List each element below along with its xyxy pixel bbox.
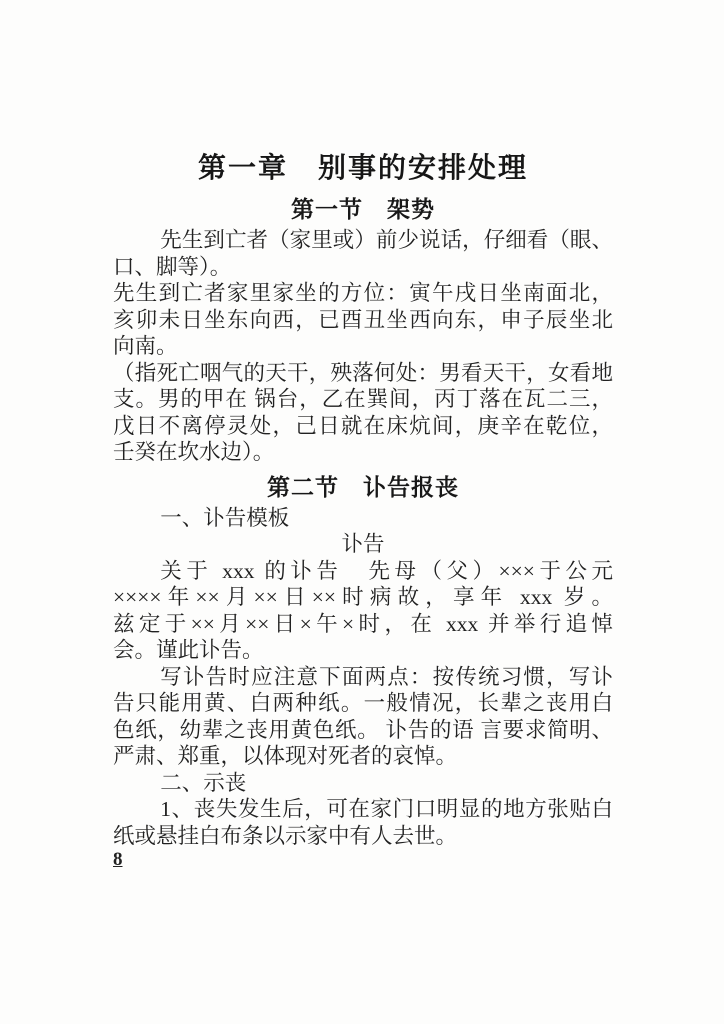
text-line: 兹定于××月××日×午×时，在 xxx 并举行追悼 [113, 611, 613, 638]
section-title: 第一节 架势 [113, 194, 613, 224]
chapter-title: 第一章 别事的安排处理 [113, 150, 613, 186]
text-line: 1、丧失发生后，可在家门口明显的地方张贴白 [113, 796, 613, 823]
text-line: 向南。 [113, 333, 613, 360]
section-title: 第二节 讣告报丧 [113, 472, 613, 502]
text-line: 口、脚等）。 [113, 254, 613, 281]
text-line: 关于 xxx 的讣告 先母（父）×××于公元 [113, 558, 613, 585]
book-page: 第一章 别事的安排处理第一节 架势先生到亡者（家里或）前少说话，仔细看（眼、口、… [0, 0, 724, 1024]
text-line: 告只能用黄、白两种纸。一般情况，长辈之丧用白 [113, 690, 613, 717]
text-line: 严肃、郑重，以体现对死者的哀悼。 [113, 743, 613, 770]
text-line: 讣告 [113, 531, 613, 558]
text-line: 亥卯未日坐东向西，已酉丑坐西向东，申子辰坐北 [113, 307, 613, 334]
text-line: ××××年××月××日××时病故，享年 xxx 岁。 [113, 584, 613, 611]
text-line: 纸或悬挂白布条以示家中有人去世。 [113, 823, 613, 850]
page-content: 第一章 别事的安排处理第一节 架势先生到亡者（家里或）前少说话，仔细看（眼、口、… [113, 150, 613, 849]
text-line: 壬癸在坎水边）。 [113, 439, 613, 466]
text-line: 二、示丧 [113, 770, 613, 797]
text-line: 先生到亡者（家里或）前少说话，仔细看（眼、 [113, 227, 613, 254]
text-line: 写讣告时应注意下面两点：按传统习惯，写讣 [113, 664, 613, 691]
text-line: 先生到亡者家里家坐的方位：寅午戌日坐南面北， [113, 280, 613, 307]
text-line: 会。谨此讣告。 [113, 637, 613, 664]
text-line: 色纸，幼辈之丧用黄色纸。 讣告的语 言要求简明、 [113, 717, 613, 744]
text-line: （指死亡咽气的天干，殃落何处：男看天干，女看地 [113, 360, 613, 387]
text-line: 戊日不离停灵处，己日就在床炕间，庚辛在乾位， [113, 413, 613, 440]
text-line: 一、讣告模板 [113, 505, 613, 532]
text-line: 支。男的甲在 锅台，乙在巽间，丙丁落在瓦二三， [113, 386, 613, 413]
page-number: 8 [113, 849, 123, 871]
